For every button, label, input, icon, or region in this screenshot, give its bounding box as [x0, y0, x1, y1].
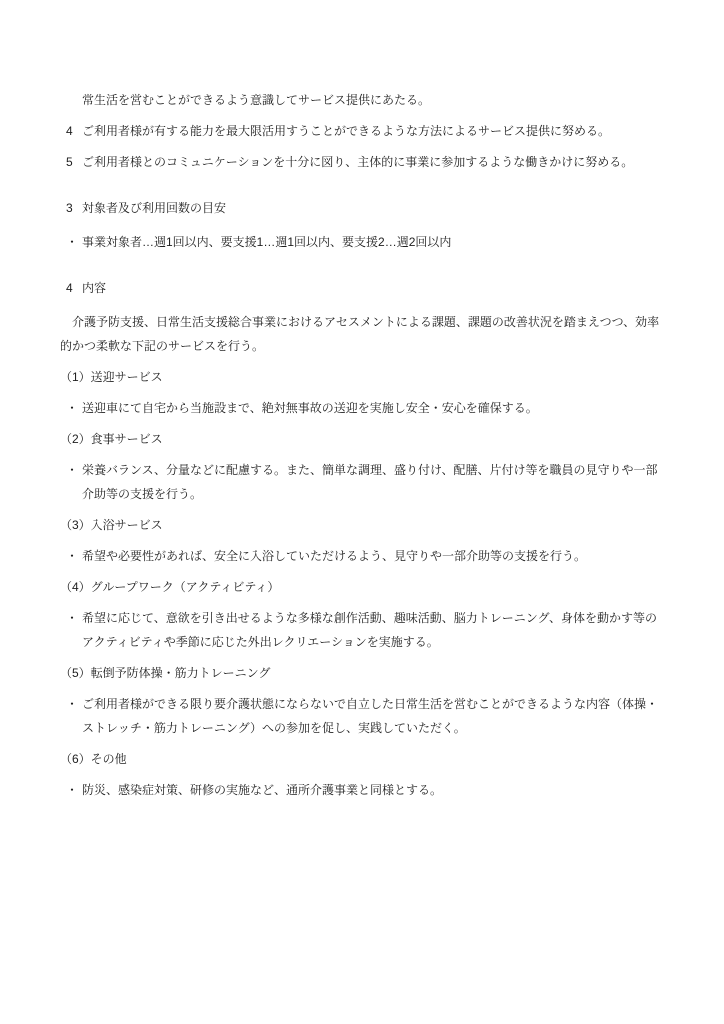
- bullet-marker: ・: [66, 778, 82, 802]
- document-content: 常生活を営むことができるよう意識してサービス提供にあたる。4ご利用者様が有する能…: [60, 88, 668, 809]
- sub-heading-text: （1）送迎サービス: [60, 370, 163, 384]
- item-text: ご利用者様ができる限り要介護状態にならないで自立した日常生活を営むことができるよ…: [82, 692, 668, 740]
- sub-heading-text: （4）グループワーク（アクティビティ）: [60, 580, 279, 594]
- bullet-item: ・防災、感染症対策、研修の実施など、通所介護事業と同様とする。: [60, 778, 668, 802]
- sub-heading: （2）食事サービス: [60, 427, 668, 451]
- item-text: 送迎車にて自宅から当施設まで、絶対無事故の送迎を実施し安全・安心を確保する。: [82, 396, 668, 420]
- body-paragraph: 介護予防支援、日常生活支援総合事業におけるアセスメントによる課題、課題の改善状況…: [60, 310, 668, 358]
- bullet-item: ・栄養バランス、分量などに配慮する。また、簡単な調理、盛り付け、配膳、片付け等を…: [60, 458, 668, 506]
- item-text: 希望に応じて、意欲を引き出せるような多様な創作活動、趣味活動、脳力トレーニング、…: [82, 606, 668, 654]
- bullet-item: ・事業対象者…週1回以内、要支援1…週1回以内、要支援2…週2回以内: [60, 230, 668, 254]
- section-heading: 4内容: [60, 276, 668, 300]
- item-number: 3: [66, 196, 82, 220]
- bullet-marker: ・: [66, 544, 82, 568]
- paragraph-text: 介護予防支援、日常生活支援総合事業におけるアセスメントによる課題、課題の改善状況…: [60, 315, 659, 353]
- bullet-marker: ・: [66, 458, 82, 506]
- sub-heading: （5）転倒予防体操・筋力トレーニング: [60, 661, 668, 685]
- bullet-marker: ・: [66, 692, 82, 740]
- section-heading-text: 対象者及び利用回数の目安: [82, 196, 668, 220]
- sub-heading: （6）その他: [60, 747, 668, 771]
- section-heading-text: 内容: [82, 276, 668, 300]
- sub-heading: （3）入浴サービス: [60, 513, 668, 537]
- paragraph-continuation-line: 常生活を営むことができるよう意識してサービス提供にあたる。: [60, 88, 668, 112]
- paragraph-text: 常生活を営むことができるよう意識してサービス提供にあたる。: [82, 93, 430, 107]
- section-heading: 3対象者及び利用回数の目安: [60, 196, 668, 220]
- sub-heading: （4）グループワーク（アクティビティ）: [60, 575, 668, 599]
- document-page: 常生活を営むことができるよう意識してサービス提供にあたる。4ご利用者様が有する能…: [0, 0, 724, 1024]
- item-number: 4: [66, 276, 82, 300]
- sub-heading-text: （5）転倒予防体操・筋力トレーニング: [60, 666, 270, 680]
- sub-heading: （1）送迎サービス: [60, 365, 668, 389]
- sub-heading-text: （6）その他: [60, 752, 127, 766]
- numbered-item: 5ご利用者様とのコミュニケーションを十分に図り、主体的に事業に参加するような働き…: [60, 150, 668, 174]
- item-text: ご利用者様が有する能力を最大限活用すうことができるような方法によるサービス提供に…: [82, 119, 668, 143]
- bullet-item: ・希望に応じて、意欲を引き出せるような多様な創作活動、趣味活動、脳力トレーニング…: [60, 606, 668, 654]
- sub-heading-text: （2）食事サービス: [60, 432, 163, 446]
- item-text: 防災、感染症対策、研修の実施など、通所介護事業と同様とする。: [82, 778, 668, 802]
- bullet-item: ・送迎車にて自宅から当施設まで、絶対無事故の送迎を実施し安全・安心を確保する。: [60, 396, 668, 420]
- sub-heading-text: （3）入浴サービス: [60, 518, 163, 532]
- bullet-marker: ・: [66, 606, 82, 654]
- bullet-item: ・希望や必要性があれば、安全に入浴していただけるよう、見守りや一部介助等の支援を…: [60, 544, 668, 568]
- item-text: ご利用者様とのコミュニケーションを十分に図り、主体的に事業に参加するような働きか…: [82, 150, 668, 174]
- numbered-item: 4ご利用者様が有する能力を最大限活用すうことができるような方法によるサービス提供…: [60, 119, 668, 143]
- item-number: 4: [66, 119, 82, 143]
- bullet-marker: ・: [66, 230, 82, 254]
- item-text: 希望や必要性があれば、安全に入浴していただけるよう、見守りや一部介助等の支援を行…: [82, 544, 668, 568]
- item-text: 栄養バランス、分量などに配慮する。また、簡単な調理、盛り付け、配膳、片付け等を職…: [82, 458, 668, 506]
- bullet-marker: ・: [66, 396, 82, 420]
- item-number: 5: [66, 150, 82, 174]
- bullet-item: ・ご利用者様ができる限り要介護状態にならないで自立した日常生活を営むことができる…: [60, 692, 668, 740]
- item-text: 事業対象者…週1回以内、要支援1…週1回以内、要支援2…週2回以内: [82, 230, 668, 254]
